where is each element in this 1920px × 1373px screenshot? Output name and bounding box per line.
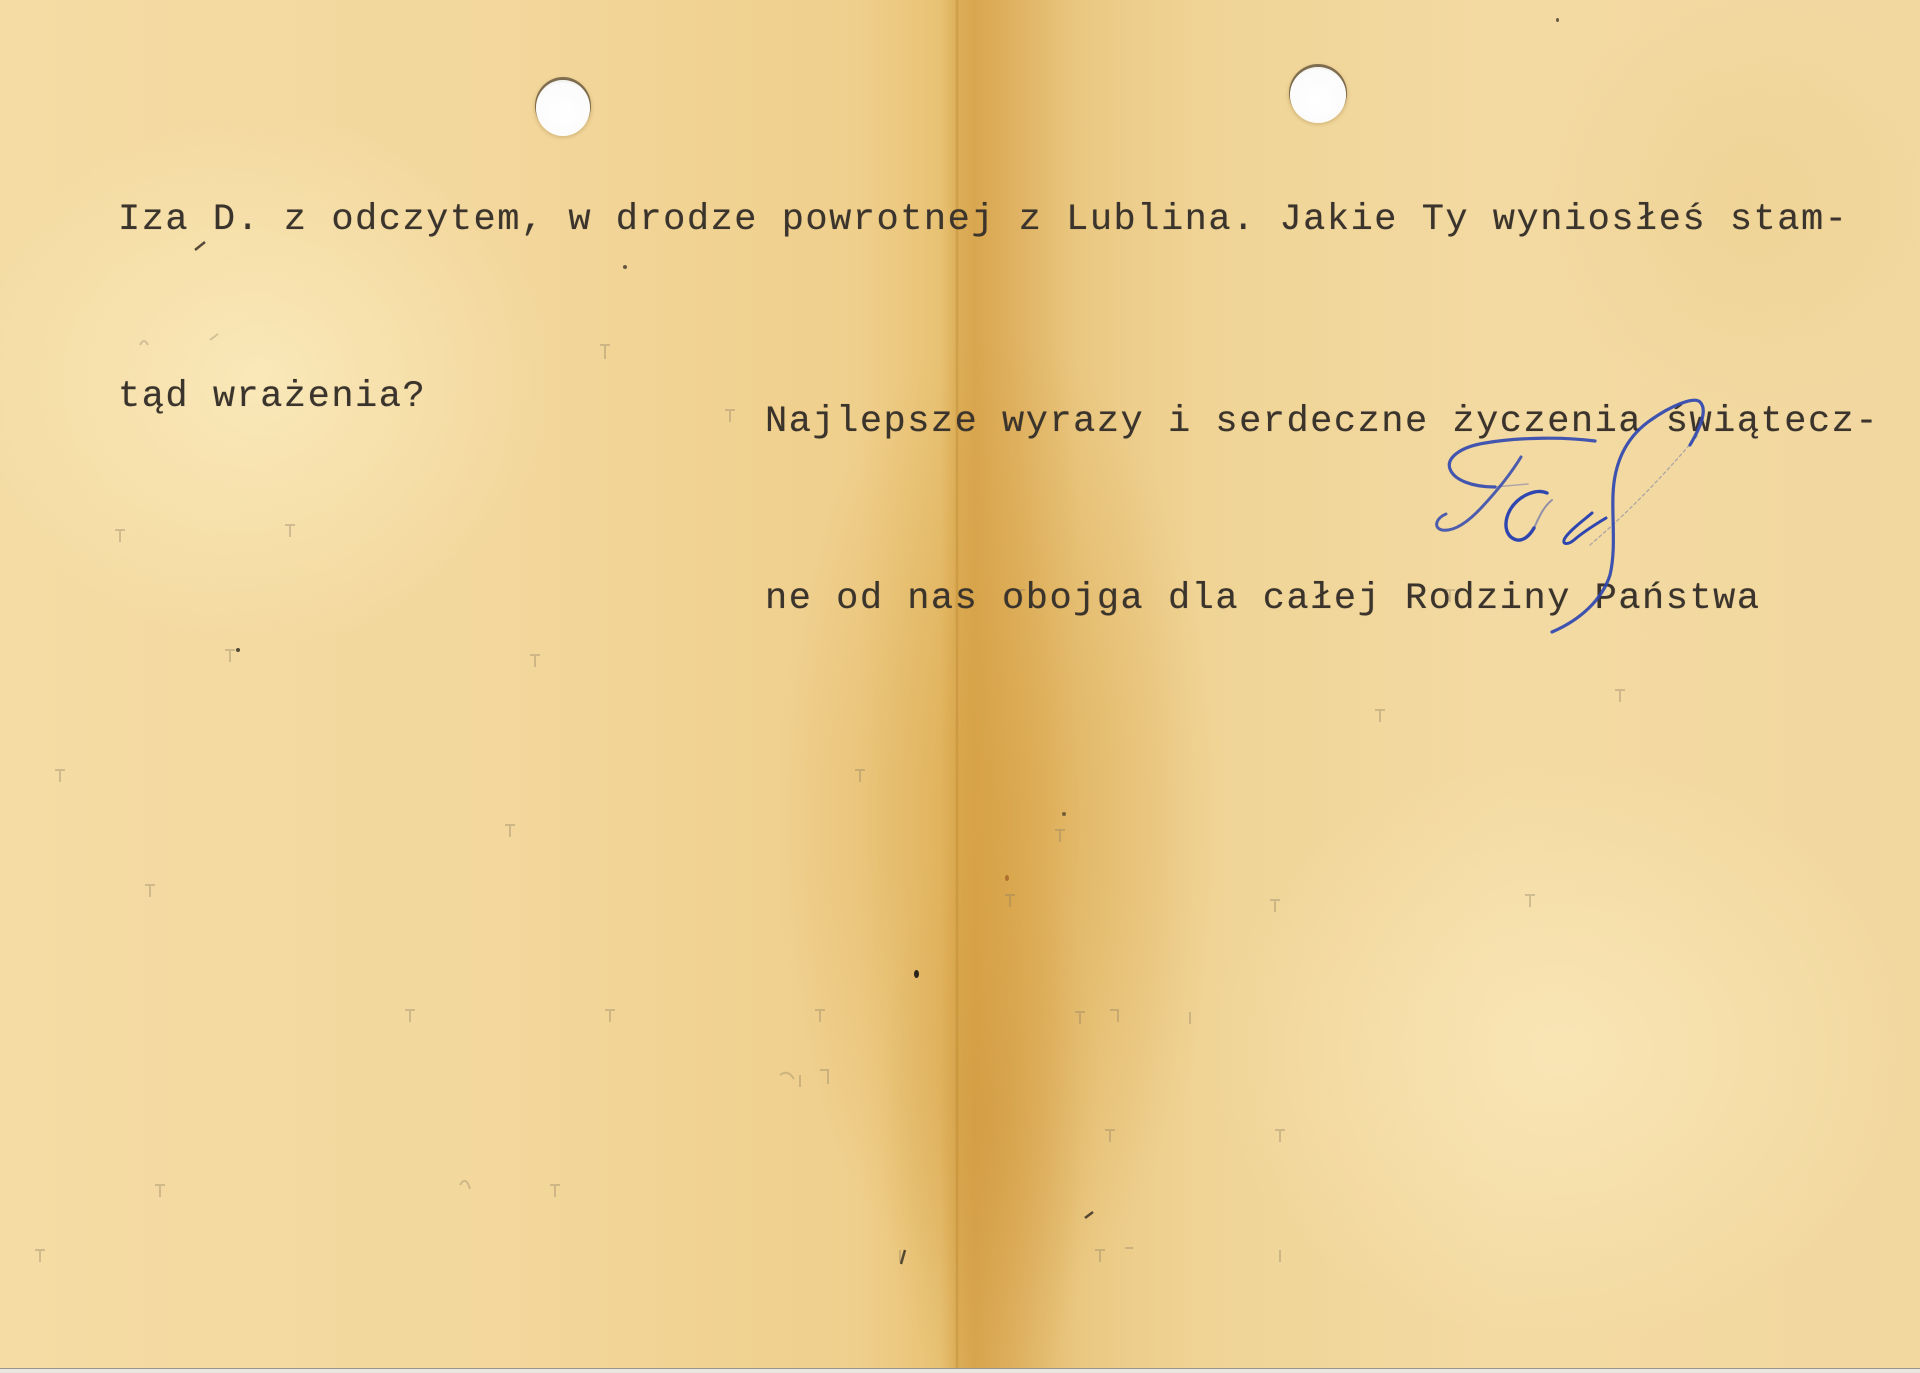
letter-page: Iza D. z odczytem, w drodze powrotnej z … xyxy=(0,0,1920,1369)
handwritten-signature xyxy=(1400,380,1740,660)
ink-speck xyxy=(1062,812,1066,816)
ink-speck xyxy=(236,648,240,652)
body-line-1: Iza D. z odczytem, w drodze powrotnej z … xyxy=(118,191,1848,250)
ink-speck xyxy=(1556,18,1559,22)
paper-bottom-edge xyxy=(0,1368,1920,1369)
punch-hole-right xyxy=(1290,67,1346,123)
ink-speck xyxy=(1005,875,1009,881)
ink-speck xyxy=(914,970,919,978)
punch-hole-left xyxy=(536,80,590,136)
